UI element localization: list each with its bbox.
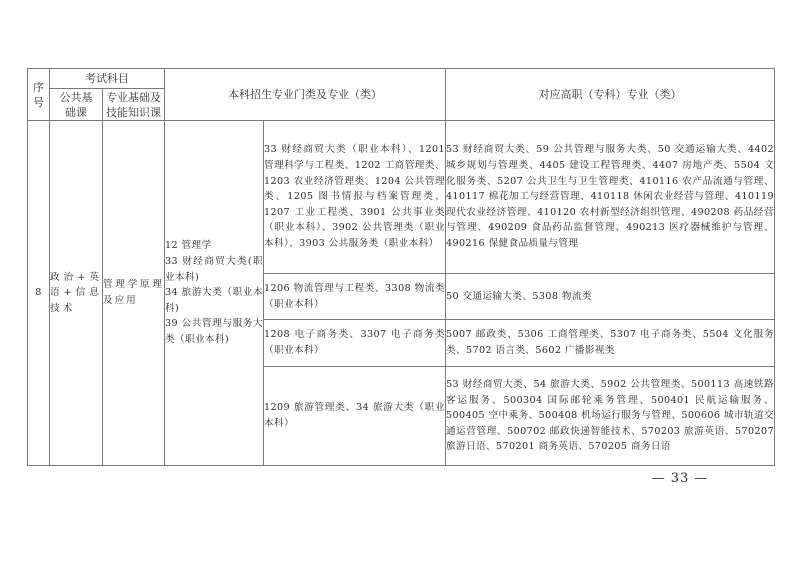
sub-row-vocational: 5007 邮政类、5306 工商管理类、5307 电子商务类、5504 文化服务…: [446, 320, 775, 367]
table-row: 8 政治+英语+信息技术 管理学原理及应用 12 管理学 33 财经商贸大类(职…: [28, 121, 775, 274]
sub-row-vocational: 53 财经商贸大类、54 旅游大类、5902 公共管理类、500113 高速铁路…: [446, 367, 775, 466]
sub-row-undergrad: 1209 旅游管理类、34 旅游大类（职业本科）: [264, 367, 446, 466]
header-seq: 序号: [28, 69, 50, 121]
row-public-basic: 政治+英语+信息技术: [50, 121, 103, 466]
header-professional-basic: 专业基础及技能知识课: [103, 89, 165, 121]
header-vocational-major: 对应高职（专科）专业（类）: [446, 69, 775, 121]
header-undergrad-category: 本科招生专业门类及专业（类）: [165, 69, 446, 121]
sub-row-undergrad: 1208 电子商务类、3307 电子商务类（职业本科）: [264, 320, 446, 367]
row-category: 12 管理学 33 财经商贸大类(职业本科) 34 旅游大类（职业本科) 39 …: [165, 121, 264, 466]
header-row-1: 序号 考试科目 本科招生专业门类及专业（类） 对应高职（专科）专业（类）: [28, 69, 775, 89]
page-number: — 33 —: [630, 471, 730, 486]
header-exam-subjects: 考试科目: [50, 69, 165, 89]
row-seq: 8: [28, 121, 50, 466]
major-mapping-table: 序号 考试科目 本科招生专业门类及专业（类） 对应高职（专科）专业（类） 公共基…: [27, 68, 775, 466]
sub-row-vocational: 50 交通运输大类、5308 物流类: [446, 274, 775, 320]
sub-row-undergrad: 1206 物流管理与工程类、3308 物流类（职业本科）: [264, 274, 446, 320]
header-public-basic: 公共基础课: [50, 89, 103, 121]
row-professional-basic: 管理学原理及应用: [103, 121, 165, 466]
sub-row-undergrad: 33 财经商贸大类（职业本科）、1201 管理科学与工程类、1202 工商管理类…: [264, 121, 446, 274]
document-page: 序号 考试科目 本科招生专业门类及专业（类） 对应高职（专科）专业（类） 公共基…: [0, 0, 800, 566]
sub-row-vocational: 53 财经商贸大类、59 公共管理与服务大类、50 交通运输大类、4402 城乡…: [446, 121, 775, 274]
